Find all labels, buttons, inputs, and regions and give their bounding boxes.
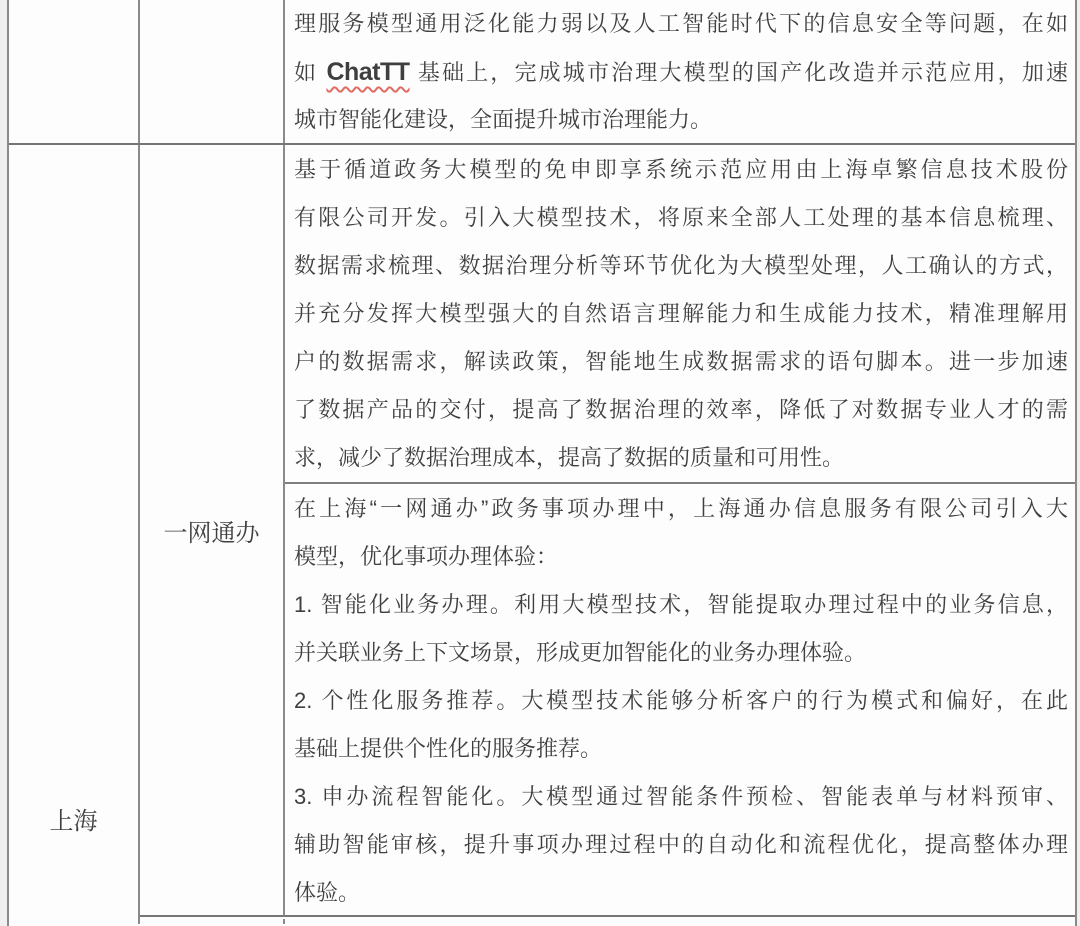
next-description-cell-empty — [285, 919, 1075, 924]
topic-cell-yiwangtongban[interactable]: 一网通办 — [140, 145, 285, 917]
region-cell-shanghai[interactable]: 上海 — [9, 145, 140, 924]
text-line: 城市智能化建设，全面提升城市治理能力。 — [294, 96, 1068, 144]
next-topic-cell-empty — [140, 919, 285, 924]
table-row-previous: 理服务模型通用泛化能力弱以及人工智能时代下的信息安全等问题，在如 如 ChatT… — [9, 0, 1075, 145]
text-line: 理服务模型通用泛化能力弱以及人工智能时代下的信息安全等问题，在如 — [294, 0, 1068, 48]
text-line: 数据需求梳理、数据治理分析等环节优化为大模型处理，人工确认的方式， — [294, 242, 1068, 290]
text-line: 有限公司开发。引入大模型技术，将原来全部人工处理的基本信息梳理、 — [294, 194, 1068, 242]
text-line: 辅助智能审核，提升事项办理过程中的自动化和流程优化，提高整体办理 — [294, 821, 1068, 869]
case-cell-shixiang-banli[interactable]: 在上海“一网通办”政务事项办理中，上海通办信息服务有限公司引入大 模型，优化事项… — [285, 484, 1075, 915]
prev-description-cell[interactable]: 理服务模型通用泛化能力弱以及人工智能时代下的信息安全等问题，在如 如 ChatT… — [285, 0, 1075, 145]
text-line: 了数据产品的交付，提高了数据治理的效率，降低了对数据专业人才的需 — [294, 386, 1068, 434]
prev-topic-cell-empty — [140, 0, 285, 143]
text-segment: 如 — [294, 60, 326, 85]
misspelled-word-chattt[interactable]: ChatTT — [326, 58, 409, 86]
table-row-shanghai: 上海 一网通办 基于循道政务大模型的免申即享系统示范应用由上海卓繁信息技术股份 … — [9, 145, 1075, 919]
text-segment: 基础上，完成城市治理大模型的国产化改造并示范应用，加速 — [410, 60, 1068, 85]
text-line: 基础上提供个性化的服务推荐。 — [294, 725, 1068, 773]
text-line: 基于循道政务大模型的免申即享系统示范应用由上海卓繁信息技术股份 — [294, 146, 1068, 194]
text-line: 户的数据需求，解读政策，智能地生成数据需求的语句脚本。进一步加速 — [294, 338, 1068, 386]
topic-label: 一网通办 — [164, 513, 260, 548]
text-line: 2. 个性化服务推荐。大模型技术能够分析客户的行为模式和偏好，在此 — [294, 677, 1068, 725]
text-line: 求，减少了数据治理成本，提高了数据的质量和可用性。 — [294, 434, 1068, 482]
text-line: 如 ChatTT 基础上，完成城市治理大模型的国产化改造并示范应用，加速 — [294, 48, 1068, 96]
text-line: 1. 智能化业务办理。利用大模型技术，智能提取办理过程中的业务信息， — [294, 581, 1068, 629]
case-cell-mianshenjixiang[interactable]: 基于循道政务大模型的免申即享系统示范应用由上海卓繁信息技术股份 有限公司开发。引… — [285, 145, 1075, 484]
text-line: 并关联业务上下文场景，形成更加智能化的业务办理体验。 — [294, 629, 1068, 677]
next-region-cell-continuation — [9, 919, 140, 924]
region-label: 上海 — [50, 798, 98, 846]
description-column: 基于循道政务大模型的免申即享系统示范应用由上海卓繁信息技术股份 有限公司开发。引… — [285, 145, 1075, 917]
text-line: 3. 申办流程智能化。大模型通过智能条件预检、智能表单与材料预审、 — [294, 773, 1068, 821]
report-table: 理服务模型通用泛化能力弱以及人工智能时代下的信息安全等问题，在如 如 ChatT… — [7, 0, 1077, 926]
table-row-next-partial — [9, 919, 1075, 924]
text-line: 并充分发挥大模型强大的自然语言理解能力和生成能力技术，精准理解用 — [294, 290, 1068, 338]
prev-region-cell-empty — [9, 0, 140, 143]
text-line: 体验。 — [294, 869, 1068, 917]
text-line: 在上海“一网通办”政务事项办理中，上海通办信息服务有限公司引入大 — [294, 485, 1068, 533]
text-line: 模型，优化事项办理体验： — [294, 533, 1068, 581]
